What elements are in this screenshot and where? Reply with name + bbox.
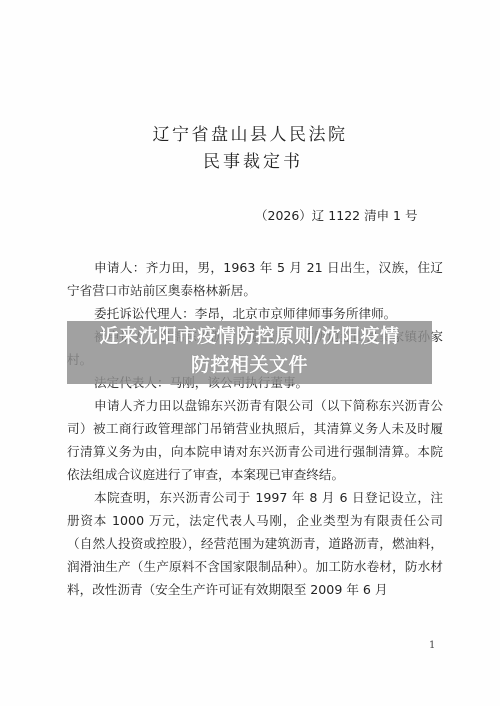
paragraph-applicant: 申请人：齐力田，男，1963 年 5 月 21 日出生，汉族，住辽宁省营口市站前…: [67, 256, 443, 302]
overlay-headline-line2: 防控相关文件: [67, 351, 432, 380]
document-body: 申请人：齐力田，男，1963 年 5 月 21 日出生，汉族，住辽宁省营口市站前…: [67, 256, 443, 601]
overlay-headline: 近来沈阳市疫情防控原则/沈阳疫情 防控相关文件: [67, 322, 432, 380]
page-number: 1: [429, 640, 435, 651]
paragraph-application: 申请人齐力田以盘锦东兴沥青有限公司（以下简称东兴沥青公司）被工商行政管理部门吊销…: [67, 394, 443, 486]
paragraph-findings: 本院查明，东兴沥青公司于 1997 年 8 月 6 日登记设立，注册资本 100…: [67, 486, 443, 601]
case-number: （2026）辽 1122 清申 1 号: [255, 207, 417, 225]
overlay-headline-line1: 近来沈阳市疫情防控原则/沈阳疫情: [67, 322, 432, 351]
court-name: 辽宁省盘山县人民法院: [0, 124, 500, 146]
document-type-title: 民事裁定书: [0, 151, 500, 173]
